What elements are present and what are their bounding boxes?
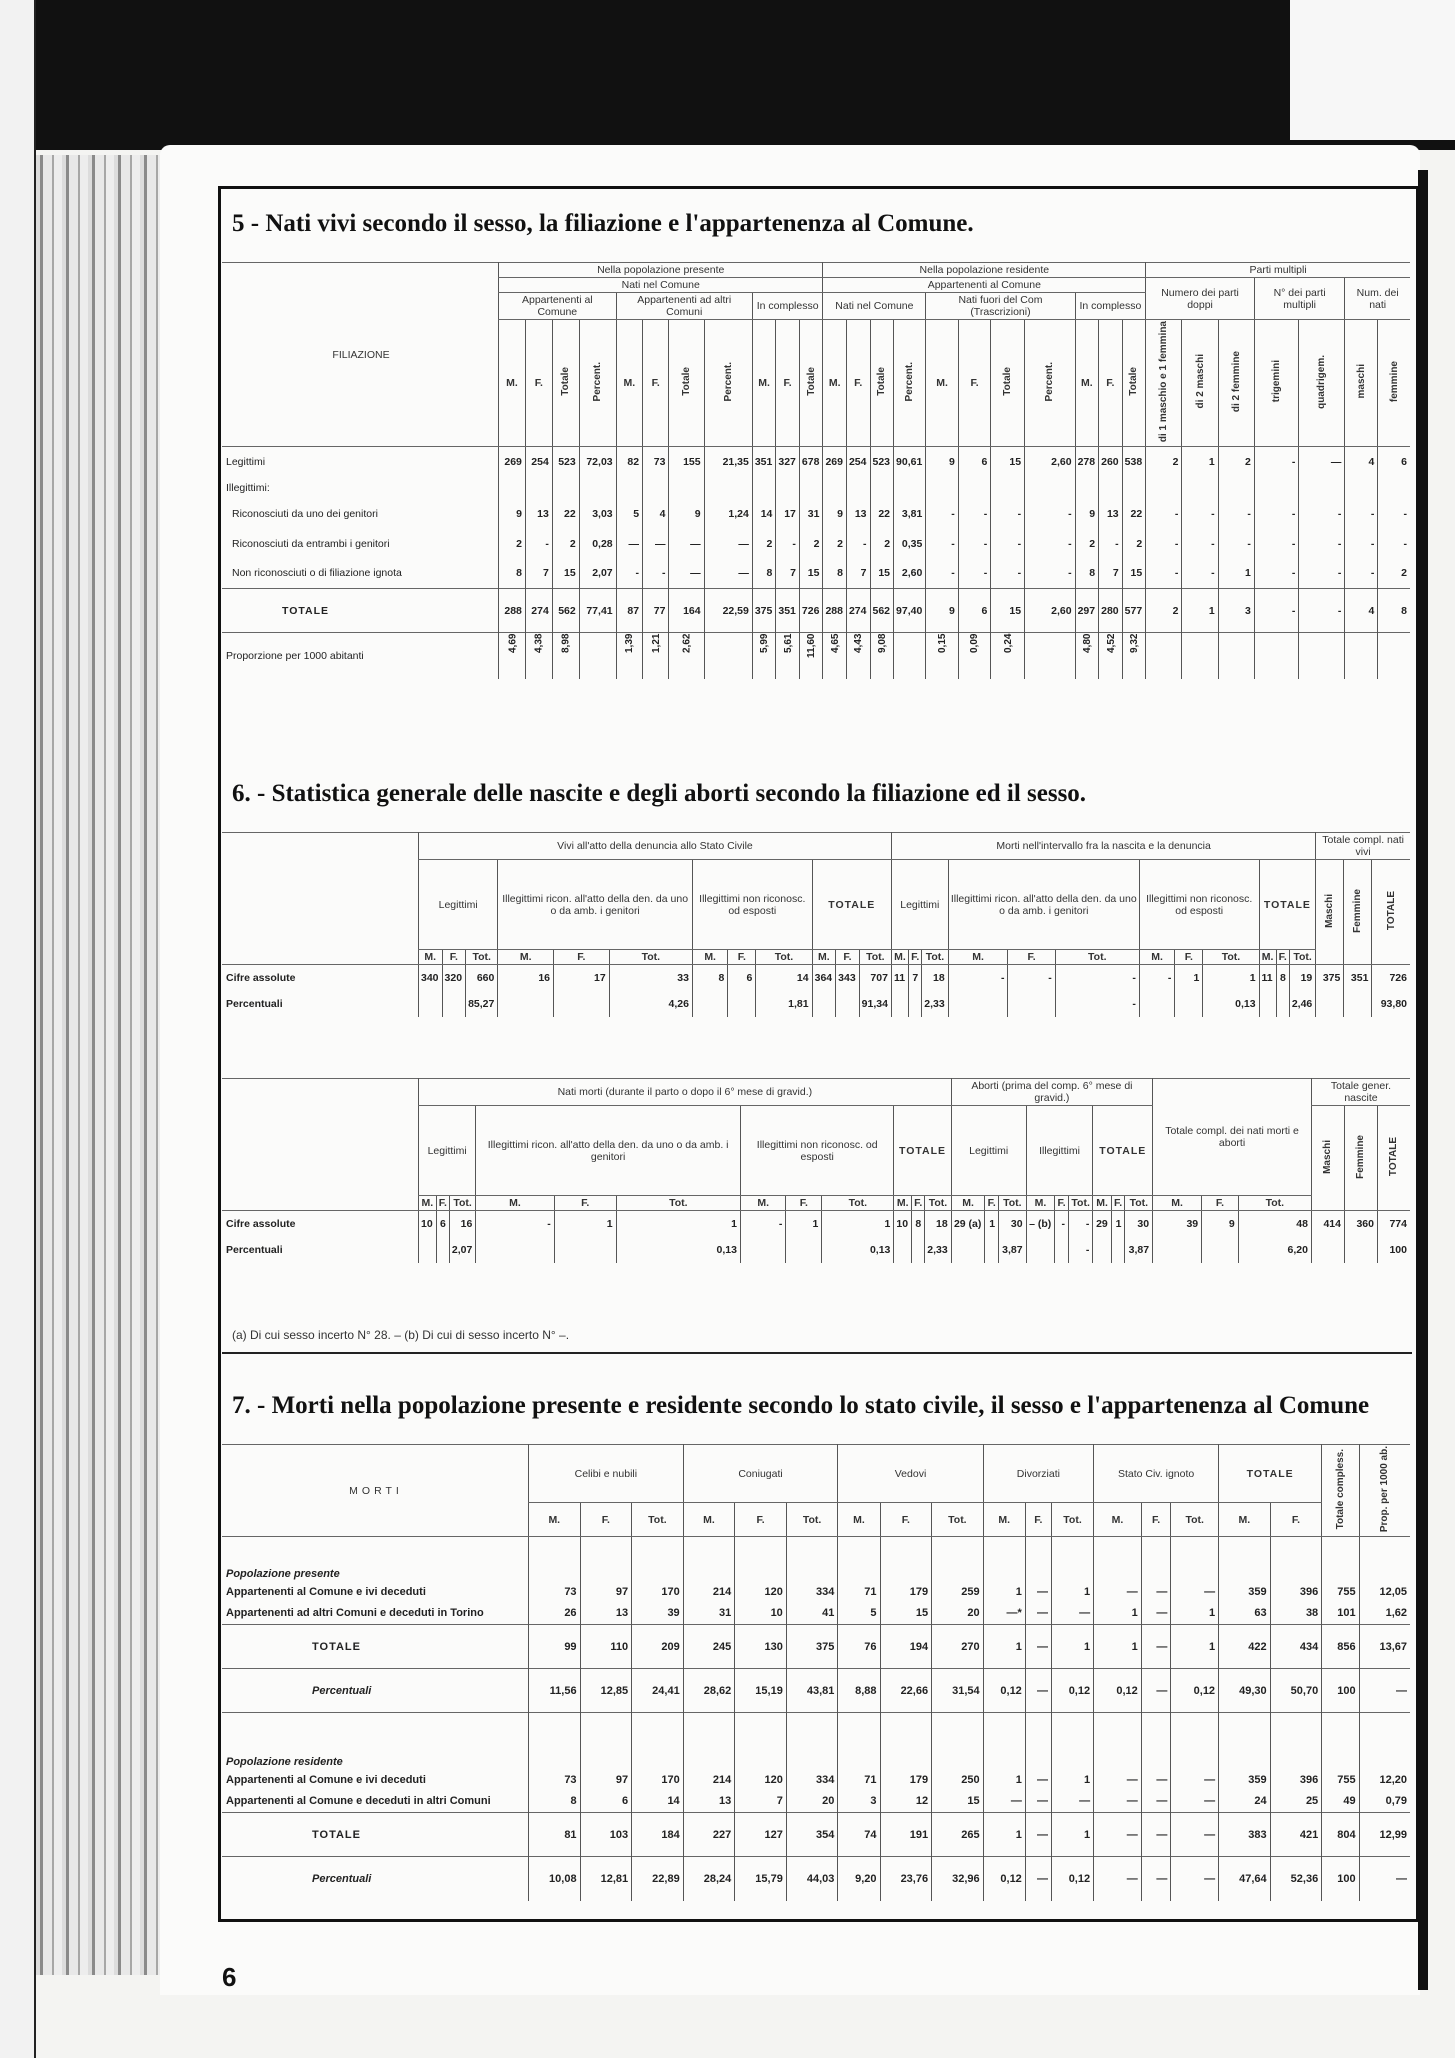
cell: - (846, 529, 870, 559)
cell: 4,65 (823, 633, 847, 679)
col-label: M. (624, 377, 636, 389)
cell (616, 477, 642, 499)
mft-header: Tot. (449, 1196, 475, 1211)
table-row: Appartenenti al Comune e ivi deceduti739… (222, 1581, 1410, 1603)
cell: 130 (735, 1625, 787, 1669)
cell: 562 (552, 589, 579, 633)
cell (951, 1237, 985, 1263)
table-row: Appartenenti al Comune e ivi deceduti739… (222, 1769, 1410, 1791)
cell: — (1141, 1857, 1171, 1901)
row-label: Legittimi (222, 447, 499, 477)
mft-header: Tot. (786, 1503, 838, 1537)
mft-header: F. (1141, 1503, 1171, 1537)
cell: 274 (525, 589, 552, 633)
cell: 9 (669, 499, 704, 529)
cell: 359 (1219, 1581, 1271, 1603)
cell: 334 (786, 1581, 838, 1603)
cell: 100 (1322, 1857, 1359, 1901)
cell: 155 (669, 447, 704, 477)
cell: 39 (632, 1603, 684, 1625)
cell: 4,69 (499, 633, 526, 679)
cell: — (669, 559, 704, 589)
col-label: M. (936, 377, 948, 389)
cell: — (1051, 1603, 1093, 1625)
cell: - (1055, 965, 1139, 991)
mft-header: F. (554, 950, 610, 965)
cell: 39 (1153, 1211, 1202, 1237)
group-in-complesso-res: In complesso (1075, 293, 1146, 320)
cell: 21,35 (704, 447, 752, 477)
cell: — (1299, 447, 1345, 477)
cell: — (1094, 1791, 1142, 1813)
cell: 3,81 (894, 499, 926, 529)
mft-header: M. (812, 950, 836, 965)
cell: 73 (529, 1769, 581, 1791)
extra-col-header: Totale compless. (1322, 1445, 1359, 1537)
mft-header: Tot. (922, 950, 948, 965)
cell: 297 (1075, 589, 1099, 633)
cell (704, 633, 752, 679)
cell (846, 477, 870, 499)
cell: 16 (498, 965, 554, 991)
mft-header: F. (1202, 1196, 1239, 1211)
col-header-totale: Totale (1122, 320, 1146, 447)
col-header-percent: Percent. (1025, 320, 1076, 447)
cell (1219, 1537, 1271, 1581)
cell: 6 (436, 1211, 449, 1237)
cell: 87 (616, 589, 642, 633)
cell (1270, 1537, 1322, 1581)
cell: - (740, 1211, 785, 1237)
col-header-percent: Percent. (704, 320, 752, 447)
cell: 74 (838, 1813, 880, 1857)
cell: - (926, 559, 958, 589)
subgroup-header: Legittimi (891, 860, 948, 950)
cell (1344, 1237, 1377, 1263)
cell (1202, 1237, 1239, 1263)
cell: 2 (552, 529, 579, 559)
cell: 101 (1322, 1603, 1359, 1625)
cell: 1 (554, 1211, 616, 1237)
cell (823, 477, 847, 499)
mft-header: Tot. (1055, 950, 1139, 965)
cell: — (1094, 1813, 1142, 1857)
cell (1093, 1237, 1111, 1263)
col-header-d_mf: di 1 maschio e 1 femmina (1146, 320, 1182, 447)
cell: 31 (683, 1603, 735, 1625)
cell: —* (983, 1603, 1025, 1625)
col-header-quadrigem: quadrigem. (1299, 320, 1345, 447)
cell: 2,62 (669, 633, 704, 679)
cell (643, 477, 669, 499)
cell: 1 (983, 1581, 1025, 1603)
cell: 73 (643, 447, 669, 477)
cell: — (616, 529, 642, 559)
cell: - (1055, 1211, 1069, 1237)
cell: — (1141, 1791, 1171, 1813)
cell: 11,60 (799, 633, 823, 679)
col-label: Percent. (1044, 362, 1055, 401)
cell (880, 1713, 932, 1769)
cell: 359 (1219, 1769, 1271, 1791)
cell: 6 (728, 965, 756, 991)
cell: 360 (1344, 1211, 1377, 1237)
cell: - (1099, 529, 1123, 559)
cell: 1 (822, 1211, 894, 1237)
cell: 9 (823, 499, 847, 529)
table-row: TOTALE28827456277,41877716422,5937535172… (222, 589, 1410, 633)
col-header-percent: Percent. (579, 320, 616, 447)
col-label: Percent. (723, 362, 734, 401)
cell: 3,03 (579, 499, 616, 529)
section-separator (222, 1352, 1412, 1354)
cell (776, 477, 800, 499)
cell (1322, 1713, 1359, 1769)
mft-header: F. (1175, 950, 1203, 965)
cell: 1,24 (704, 499, 752, 529)
cell: 9 (926, 447, 958, 477)
row-label: Appartenenti ad altri Comuni e deceduti … (222, 1603, 529, 1625)
cell: 15 (799, 559, 823, 589)
mft-header: M. (983, 1503, 1025, 1537)
mft-header: F. (912, 1196, 925, 1211)
cell (735, 1537, 787, 1581)
cell: — (1025, 1857, 1051, 1901)
col-label: TOTALE (1388, 1137, 1399, 1176)
cell: - (1299, 589, 1345, 633)
cell: 14 (756, 965, 812, 991)
cell (894, 477, 926, 499)
cell: 755 (1322, 1581, 1359, 1603)
group-app-comune: Appartenenti al Comune (499, 293, 617, 320)
cell: 2 (1218, 447, 1254, 477)
cell (735, 1713, 787, 1769)
cell (1299, 477, 1345, 499)
cell: 97 (580, 1769, 632, 1791)
cell: — (669, 529, 704, 559)
mft-header: M. (891, 950, 908, 965)
cell: 396 (1270, 1581, 1322, 1603)
col-label: maschi (1356, 364, 1367, 398)
cell: - (1182, 559, 1218, 589)
cell: 7 (909, 965, 922, 991)
cell: — (1025, 1669, 1051, 1713)
table-row: Percentuali85,274,261,8191,342,33-0,132,… (222, 991, 1410, 1017)
cell: — (1141, 1625, 1171, 1669)
cell (909, 991, 922, 1017)
cell: 4 (1345, 447, 1378, 477)
cell (838, 1537, 880, 1581)
cell: 3 (838, 1791, 880, 1813)
col-label: F. (1106, 377, 1114, 389)
col-label: M. (758, 377, 770, 389)
cell: 2 (1146, 447, 1182, 477)
cell: 11 (891, 965, 908, 991)
cell: 47,64 (1219, 1857, 1271, 1901)
cell (1171, 1713, 1219, 1769)
cell: 19 (1289, 965, 1315, 991)
mft-header: Tot. (632, 1503, 684, 1537)
cell: 91,34 (859, 991, 891, 1017)
subgroup-header: TOTALE (1093, 1106, 1153, 1196)
col-label: M. (829, 377, 841, 389)
cell: - (1218, 529, 1254, 559)
cell (529, 1713, 581, 1769)
total-col-header: Femmine (1344, 1106, 1377, 1211)
col-header-trigemini: trigemini (1254, 320, 1299, 447)
table-row: Riconosciuti da entrambi i genitori2-20,… (222, 529, 1410, 559)
cell: 22,89 (632, 1857, 684, 1901)
cell: — (1141, 1603, 1171, 1625)
cell: — (1171, 1813, 1219, 1857)
total-col-header: Maschi (1316, 860, 1344, 965)
cell: 63 (1219, 1603, 1271, 1625)
group-header: TOTALE (1219, 1445, 1322, 1503)
cell: 110 (580, 1625, 632, 1669)
cell: 22,59 (704, 589, 752, 633)
cell: - (948, 965, 1008, 991)
cell: 120 (735, 1581, 787, 1603)
cell: 3,87 (1125, 1237, 1153, 1263)
cell: - (1299, 499, 1345, 529)
cell: - (1254, 559, 1299, 589)
cell (1218, 477, 1254, 499)
cell: 1 (983, 1813, 1025, 1857)
cell: - (476, 1211, 554, 1237)
cell: 804 (1322, 1813, 1359, 1857)
group-totale-nascite: Totale gener. nascite (1311, 1079, 1410, 1106)
col-label: Percent. (592, 362, 603, 401)
col-label: Percent. (904, 362, 915, 401)
row-label: TOTALE (222, 1813, 529, 1857)
cell: 12,85 (580, 1669, 632, 1713)
cell: 18 (925, 1211, 951, 1237)
cell: - (1182, 499, 1218, 529)
mft-header: Tot. (932, 1503, 984, 1537)
cell: 0,24 (991, 633, 1025, 679)
group-header: Coniugati (683, 1445, 838, 1503)
cell: 22 (552, 499, 579, 529)
cell (812, 991, 836, 1017)
cell (580, 1713, 632, 1769)
mft-header: F. (909, 950, 922, 965)
cell: 15 (932, 1791, 984, 1813)
cell: 726 (799, 589, 823, 633)
col-label: F. (970, 377, 978, 389)
cell: 562 (870, 589, 894, 633)
cell: - (1025, 559, 1076, 589)
row-label: TOTALE (222, 589, 499, 633)
cell: — (1141, 1669, 1171, 1713)
col-label: Totale (560, 367, 571, 396)
cell: 278 (1075, 447, 1099, 477)
cell: 0,12 (983, 1669, 1025, 1713)
cell: 260 (1099, 447, 1123, 477)
col-header-m: M. (1075, 320, 1099, 447)
cell: 15 (552, 559, 579, 589)
cell: — (1025, 1581, 1051, 1603)
cell (1378, 633, 1410, 679)
cell: 2 (499, 529, 526, 559)
extra-col-header: Prop. per 1000 ab. (1359, 1445, 1410, 1537)
col-header-totale: Totale (552, 320, 579, 447)
cell (1099, 477, 1123, 499)
cell (1254, 477, 1299, 499)
cell: 1 (1094, 1625, 1142, 1669)
group-header: Celibi e nubili (529, 1445, 684, 1503)
cell: 2 (870, 529, 894, 559)
cell: 15,19 (735, 1669, 787, 1713)
cell: 1 (1218, 559, 1254, 589)
cell: 8,98 (552, 633, 579, 679)
cell: 13 (580, 1603, 632, 1625)
cell: 9,32 (1122, 633, 1146, 679)
mft-header: F. (1270, 1503, 1322, 1537)
cell (1008, 991, 1055, 1017)
mft-header: Tot. (1068, 1196, 1092, 1211)
cell: 13 (1099, 499, 1123, 529)
cell (1146, 633, 1182, 679)
cell: - (1254, 529, 1299, 559)
table6-title: 6. - Statistica generale delle nascite e… (232, 780, 1086, 808)
cell: 77 (643, 589, 669, 633)
cell: 8 (823, 559, 847, 589)
cell: 10 (735, 1603, 787, 1625)
cell (948, 991, 1008, 1017)
mft-header: Tot. (925, 1196, 951, 1211)
cell: 2,60 (1025, 589, 1076, 633)
cell (1182, 633, 1218, 679)
cell (786, 1713, 838, 1769)
cell: 1 (1175, 965, 1203, 991)
col-header-f: F. (846, 320, 870, 447)
cell: 71 (838, 1581, 880, 1603)
col-label: Prop. per 1000 ab. (1379, 1446, 1390, 1532)
group-header: Divorziati (983, 1445, 1093, 1503)
col-label: Totale (876, 367, 887, 396)
row-label: Percentuali (222, 991, 419, 1017)
cell: 184 (632, 1813, 684, 1857)
col-label: di 2 maschi (1195, 354, 1206, 408)
cell: 85,27 (466, 991, 498, 1017)
cell: 254 (525, 447, 552, 477)
cell: 17 (776, 499, 800, 529)
table7-row-header: MORTI (222, 1445, 529, 1537)
row-label: Riconosciuti da entrambi i genitori (222, 529, 499, 559)
cell: 52,36 (1270, 1857, 1322, 1901)
cell (894, 633, 926, 679)
cell: 8 (1075, 559, 1099, 589)
cell: 9 (499, 499, 526, 529)
mft-header: M. (1219, 1503, 1271, 1537)
table-row: Percentuali10,0812,8122,8928,2415,7944,0… (222, 1857, 1410, 1901)
col-header-femmine: femmine (1378, 320, 1410, 447)
cell: — (704, 529, 752, 559)
cell: - (1345, 529, 1378, 559)
mft-header: M. (951, 1196, 985, 1211)
cell: - (1345, 559, 1378, 589)
cell (1094, 1537, 1142, 1581)
cell (683, 1537, 735, 1581)
subgroup-header: TOTALE (894, 1106, 951, 1196)
col-label: F. (854, 377, 862, 389)
cell (880, 1537, 932, 1581)
cell: - (1378, 529, 1410, 559)
cell: - (1055, 991, 1139, 1017)
cell (1122, 477, 1146, 499)
col-header-totale: Totale (669, 320, 704, 447)
cell: 265 (932, 1813, 984, 1857)
group-tot-morti-aborti: Totale compl. dei nati morti e aborti (1153, 1079, 1312, 1196)
cell: 7 (735, 1791, 787, 1813)
cell: 170 (632, 1769, 684, 1791)
cell: — (1359, 1857, 1410, 1901)
group-app-altri: Appartenenti ad altri Comuni (616, 293, 752, 320)
cell (870, 477, 894, 499)
cell: 12,20 (1359, 1769, 1410, 1791)
cell: 8,88 (838, 1669, 880, 1713)
subgroup-header: Illegittimi (1026, 1106, 1093, 1196)
cell: — (1094, 1857, 1142, 1901)
cell: 227 (683, 1813, 735, 1857)
cell: 81 (529, 1813, 581, 1857)
col-label: quadrigem. (1316, 355, 1327, 409)
cell (932, 1713, 984, 1769)
cell: - (1008, 965, 1055, 991)
table6-part1: Vivi all'atto della denuncia allo Stato … (222, 832, 1410, 1017)
cell: 13 (846, 499, 870, 529)
cell: 33 (609, 965, 692, 991)
cell: 11,56 (529, 1669, 581, 1713)
cell: 13 (525, 499, 552, 529)
subgroup-header: Illegittimi ricon. all'atto della den. d… (948, 860, 1139, 950)
table-row: TOTALE99110209245130375761942701—11—1422… (222, 1625, 1410, 1669)
cell: 2 (799, 529, 823, 559)
cell: 10 (894, 1211, 912, 1237)
scan-dark-border (0, 0, 1455, 150)
cell: - (1146, 529, 1182, 559)
section-heading: Popolazione presente (222, 1537, 529, 1581)
cell: 100 (1322, 1669, 1359, 1713)
cell (1175, 991, 1203, 1017)
cell (983, 1713, 1025, 1769)
cell (1316, 991, 1344, 1017)
cell (1025, 1713, 1051, 1769)
mft-header: F. (1008, 950, 1055, 965)
table-row: Cifre assolute34032066016173386143643437… (222, 965, 1410, 991)
cell: 1 (1051, 1581, 1093, 1603)
group-app-al-comune: Appartenenti al Comune (823, 278, 1146, 293)
group-nati-nel-comune: Nati nel Comune (499, 278, 823, 293)
cell: 320 (442, 965, 466, 991)
section-heading-row: Popolazione presente (222, 1537, 1410, 1581)
cell: 2 (1075, 529, 1099, 559)
total-col-header: TOTALE (1377, 1106, 1410, 1211)
mft-header: M. (1153, 1196, 1202, 1211)
row-label: Appartenenti al Comune e ivi deceduti (222, 1769, 529, 1791)
cell: 77,41 (579, 589, 616, 633)
cell: 2,46 (1289, 991, 1315, 1017)
group-presente: Nella popolazione presente (499, 263, 823, 278)
cell (499, 477, 526, 499)
cell: 6 (958, 589, 990, 633)
cell (1299, 633, 1345, 679)
cell: - (1025, 529, 1076, 559)
subgroup-header: Legittimi (951, 1106, 1026, 1196)
cell: 0,12 (1171, 1669, 1219, 1713)
col-header-percent: Percent. (894, 320, 926, 447)
cell: 12 (880, 1791, 932, 1813)
